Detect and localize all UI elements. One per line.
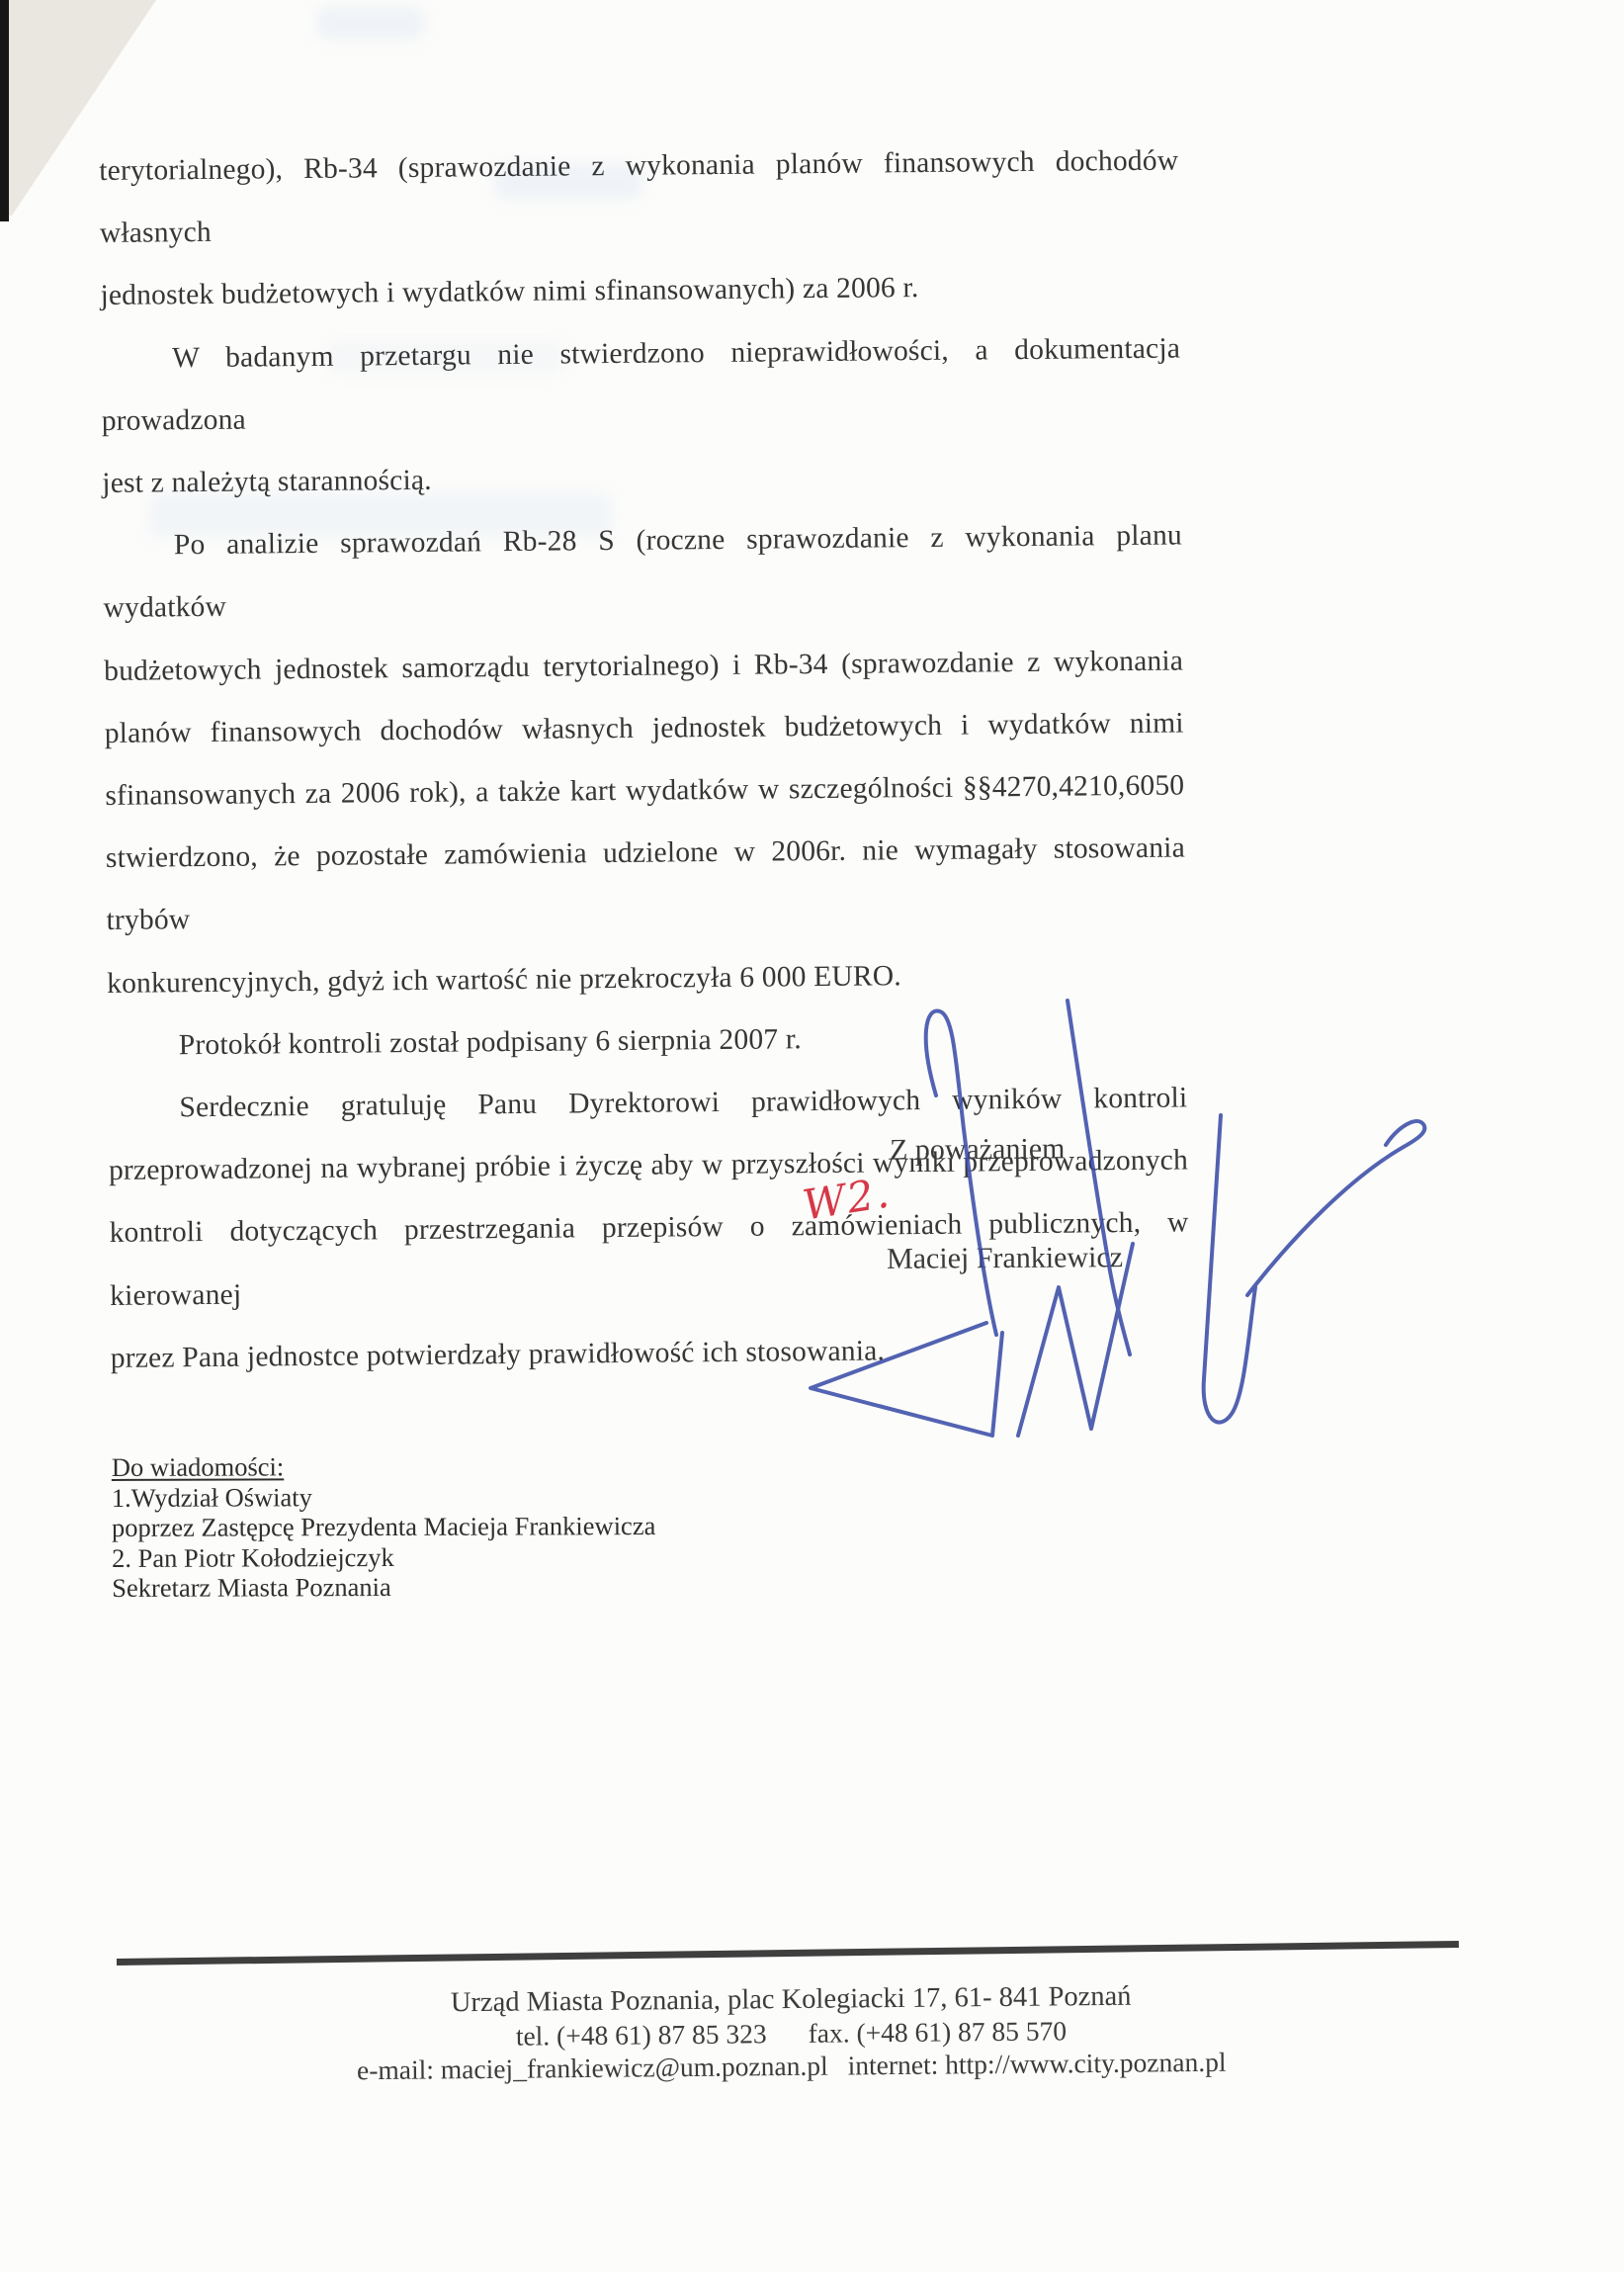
body-line: Po analizie sprawozdań Rb-28 S (roczne s… [103,505,1183,641]
distribution-block: Do wiadomości: 1.Wydział Oświatypoprzez … [112,1450,656,1603]
footer-email: e-mail: maciej_frankiewicz@um.poznan.pl [357,2051,828,2086]
body-line: jednostek budżetowych i wydatków nimi sf… [100,255,1180,328]
closing-phrase: Z poważaniem [890,1132,1066,1167]
body-line: stwierdzono, że pozostałe zamówienia udz… [106,818,1186,953]
footer-internet: internet: http://www.city.poznan.pl [847,2047,1226,2081]
scan-smudge [316,6,425,40]
body-line: sfinansowanych za 2006 rok), a także kar… [105,755,1185,829]
body-line: jest z należytą starannością. [102,443,1182,516]
distribution-line: Sekretarz Miasta Poznania [112,1571,655,1603]
distribution-line: 2. Pan Piotr Kołodziejczyk [112,1541,655,1573]
body-line: planów finansowych dochodów własnych jed… [104,692,1184,765]
distribution-line: 1.Wydział Oświaty [112,1481,655,1513]
footer-rule [117,1941,1459,1966]
letter-body: terytorialnego), Rb-34 (sprawozdanie z w… [99,131,1190,1390]
distribution-lines: 1.Wydział Oświatypoprzez Zastępcę Prezyd… [112,1481,656,1604]
body-line: budżetowych jednostek samorządu terytori… [104,630,1184,703]
scan-edge-strip [0,0,9,221]
body-line: konkurencyjnych, gdyż ich wartość nie pr… [107,942,1187,1015]
body-line: Protokół kontroli został podpisany 6 sie… [107,1005,1187,1078]
body-line: terytorialnego), Rb-34 (sprawozdanie z w… [99,131,1179,266]
signatory-name: Maciej Frankiewicz [887,1241,1123,1276]
footer: Urząd Miasta Poznania, plac Kolegiacki 1… [119,1976,1464,2088]
footer-fax: fax. (+48 61) 87 85 570 [809,2015,1068,2049]
body-line: Serdecznie gratuluję Panu Dyrektorowi pr… [108,1068,1188,1141]
scanned-letter-page: { "letter": { "paragraphs": [ { "indent_… [0,0,1624,2272]
distribution-line: poprzez Zastępcę Prezydenta Macieja Fran… [112,1511,655,1542]
distribution-heading: Do wiadomości: [112,1450,655,1482]
footer-tel: tel. (+48 61) 87 85 323 [516,2018,767,2051]
body-line: przez Pana jednostce potwierdzały prawid… [111,1317,1191,1390]
body-line: W badanym przetargu nie stwierdzono niep… [101,317,1181,453]
